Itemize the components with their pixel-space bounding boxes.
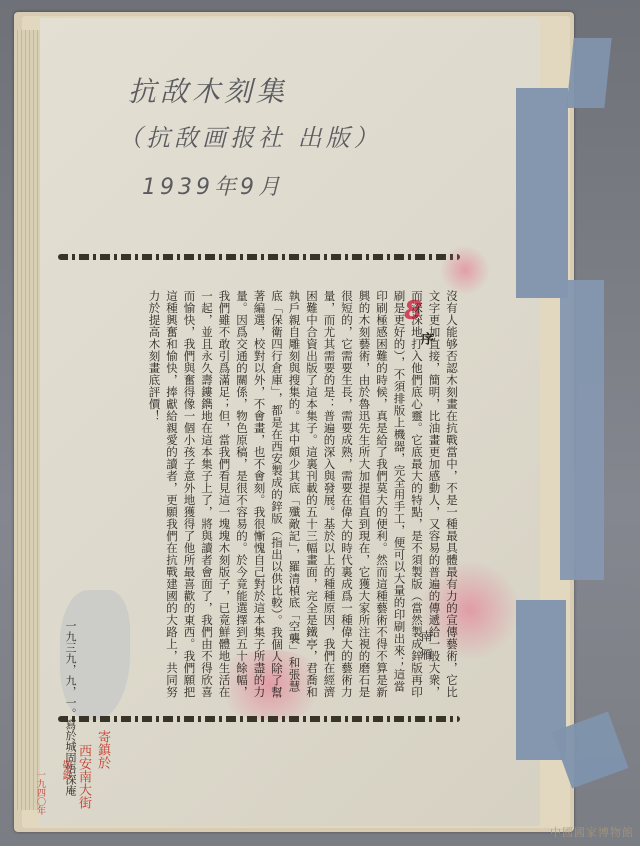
red-handwritten-note: 敬鈔 — [58, 760, 73, 780]
blue-binding-tape — [560, 280, 604, 580]
handwritten-date: 1939年9月 — [142, 170, 284, 201]
pink-stain — [440, 245, 490, 295]
blue-binding-tape — [516, 88, 568, 298]
handwritten-publisher: （抗敌画报社 出版） — [118, 118, 382, 153]
museum-watermark: 中國國家博物館 — [550, 824, 634, 840]
handwritten-title: 抗敌木刻集 — [128, 70, 288, 110]
ornamental-divider-bottom — [58, 716, 460, 722]
ornamental-divider-top — [58, 254, 460, 260]
preface-body: 沒有人能够否認木刻畫在抗戰當中，不是一種最具體最有力的宣傳藝術，它比文字更加直接… — [60, 290, 460, 700]
red-handwritten-note: 西安南大街 — [76, 744, 91, 809]
red-handwritten-date: 一九四〇年 — [32, 770, 47, 815]
blue-binding-tape-flap — [566, 38, 611, 108]
red-handwritten-note: 寄鎮於 — [95, 730, 110, 769]
